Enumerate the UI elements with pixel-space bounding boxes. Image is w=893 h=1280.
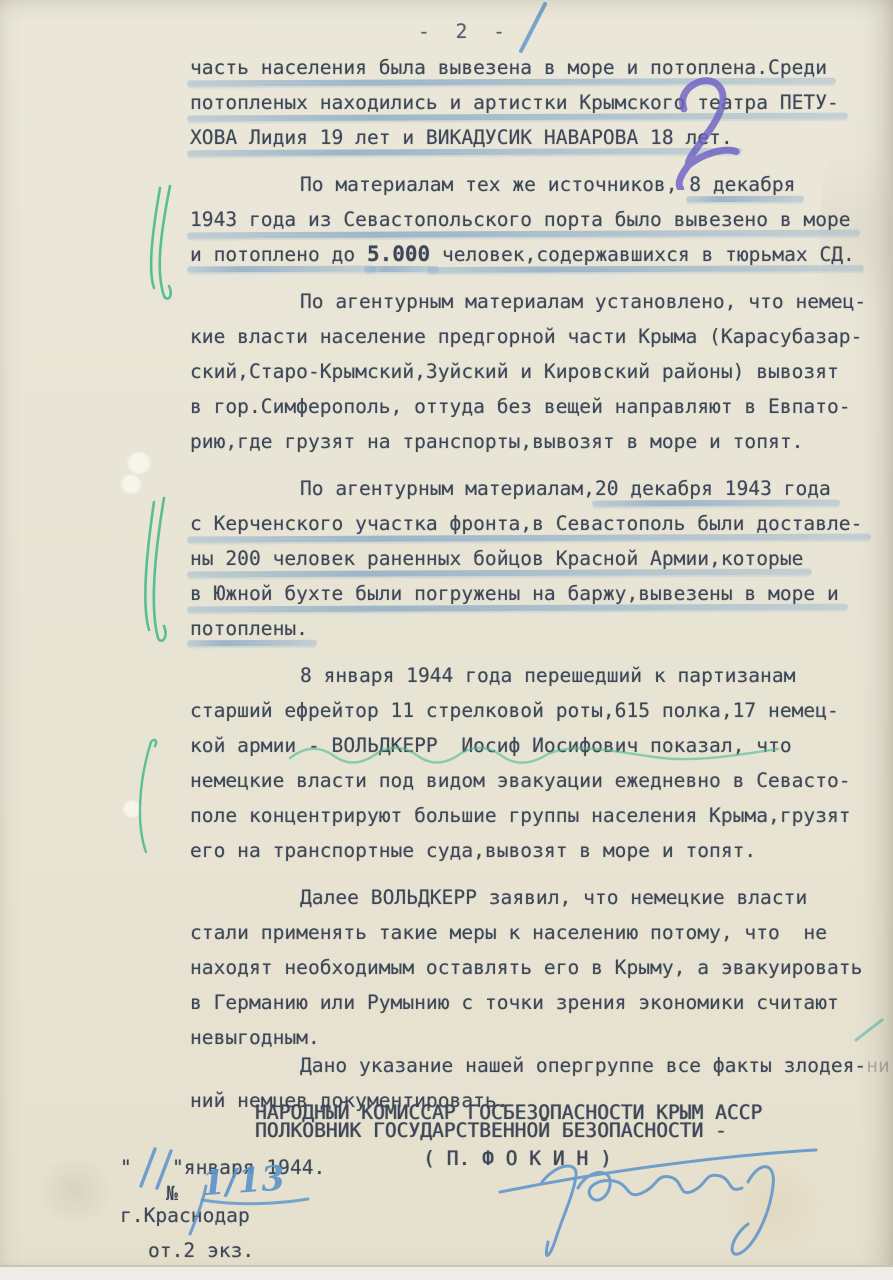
text-segment: кие власти население предгорной части Кр… bbox=[190, 325, 862, 348]
handwritten-slash-mark bbox=[502, 0, 554, 56]
paragraph: Далее ВОЛЬДКЕРР заявил, что немецкие вла… bbox=[190, 880, 890, 1055]
page-number: - 2 - bbox=[418, 14, 512, 49]
text-segment: ский,Старо-Крымский,Зуйский и Кировский … bbox=[190, 360, 839, 383]
document-line: рию,где грузят на транспорты,вывозят в м… bbox=[190, 424, 890, 459]
text-segment: немецкие власти под видом эвакуации ежед… bbox=[190, 769, 851, 792]
document-line: его на транспортные суда,вывозят в море … bbox=[190, 833, 890, 868]
document-line: ХОВА Лидия 19 лет и ВИКАДУСИК НАВАРОВА 1… bbox=[190, 120, 890, 155]
text-segment: невыгодным. bbox=[190, 1026, 320, 1049]
handwritten-day bbox=[133, 1144, 177, 1192]
document-line: ский,Старо-Крымский,Зуйский и Кировский … bbox=[190, 354, 890, 389]
paper-stain bbox=[30, 1160, 120, 1220]
document-line: старший ефрейтор 11 стрелковой роты,615 … bbox=[190, 693, 890, 728]
text-segment: По материалам тех же источников, bbox=[300, 173, 689, 196]
paragraph: По агентурным материалам,20 декабря 1943… bbox=[190, 471, 890, 646]
handwritten-signature bbox=[430, 1140, 850, 1270]
text-segment: человек,содержавшихся в тюрьмах СД. bbox=[430, 243, 855, 266]
handwritten-purple-numeral bbox=[664, 70, 764, 190]
text-segment: потоплены. bbox=[190, 617, 308, 640]
document-line: По материалам тех же источников, 8 декаб… bbox=[190, 167, 890, 202]
document-line: потоплены. bbox=[190, 611, 890, 646]
document-line: кие власти население предгорной части Кр… bbox=[190, 319, 890, 354]
text-segment: находят необходимым оставлять его в Крым… bbox=[190, 956, 862, 979]
document-line: находят необходимым оставлять его в Крым… bbox=[190, 950, 890, 985]
document-line: По агентурным материалам установлено, чт… bbox=[190, 284, 890, 319]
paragraph: По агентурным материалам установлено, чт… bbox=[190, 284, 890, 459]
teal-stray-mark bbox=[852, 1016, 888, 1046]
margin-check-mark-icon bbox=[134, 496, 178, 650]
text-segment: По агентурным материалам установлено, чт… bbox=[300, 290, 866, 313]
document-line: в Германию или Румынию с точки зрения эк… bbox=[190, 985, 890, 1020]
document-line: 8 января 1944 года перешедший к партизан… bbox=[190, 658, 890, 693]
document-line: Далее ВОЛЬДКЕРР заявил, что немецкие вла… bbox=[190, 880, 890, 915]
handwritten-document-number: 1/13 bbox=[188, 1150, 378, 1250]
green-wavy-underline bbox=[286, 740, 796, 772]
document-line: и потоплено до 5.000 человек,содержавших… bbox=[190, 237, 890, 272]
paper-damage-spot bbox=[120, 474, 142, 494]
svg-text:1/13: 1/13 bbox=[200, 1158, 286, 1204]
text-segment: рию,где грузят на транспорты,вывозят в м… bbox=[190, 430, 803, 453]
document-line: поле концентрируют большие группы населе… bbox=[190, 798, 890, 833]
document-line: с Керченского участка фронта,в Севастопо… bbox=[190, 506, 890, 541]
document-line: 1943 года из Севастопольского порта было… bbox=[190, 202, 890, 237]
text-segment: с Керченского участка фронта,в Севастопо… bbox=[190, 512, 862, 535]
scanner-edge bbox=[0, 1265, 893, 1280]
margin-line-mark-icon bbox=[130, 738, 164, 860]
text-segment: 1943 года из Севастопольского порта было… bbox=[190, 208, 851, 231]
text-segment: его на транспортные суда,вывозят в море … bbox=[190, 839, 756, 862]
text-segment: ны 200 человек раненных бойцов Красной А… bbox=[190, 547, 803, 570]
paragraph: По материалам тех же источников, 8 декаб… bbox=[190, 167, 890, 272]
paragraph: часть населения была вывезена в море и п… bbox=[190, 50, 890, 155]
text-segment: в Южной бухте были погружены на баржу,вы… bbox=[190, 582, 839, 605]
text-segment: в гор.Симферополь, оттуда без вещей напр… bbox=[190, 395, 851, 418]
document-line: стали применять такие меры к населению п… bbox=[190, 915, 890, 950]
text-segment: По агентурным материалам, bbox=[300, 477, 595, 500]
text-segment: 5.000 bbox=[367, 242, 430, 266]
text-segment: ни bbox=[866, 1054, 890, 1077]
document-line: потопленых находились и артистки Крымско… bbox=[190, 85, 890, 120]
text-segment: в Германию или Румынию с точки зрения эк… bbox=[190, 991, 839, 1014]
document-line: ны 200 человек раненных бойцов Красной А… bbox=[190, 541, 890, 576]
text-segment: 20 декабря 1943 года bbox=[595, 477, 831, 500]
signatory-title-line2: ПОЛКОВНИК ГОСУДАРСТВЕННОЙ БЕЗОПАСНОСТИ - bbox=[255, 1122, 762, 1140]
text-segment: 8 января 1944 года перешедший к партизан… bbox=[300, 664, 795, 687]
document-body: часть населения была вывезена в море и п… bbox=[190, 50, 890, 1118]
document-line: в гор.Симферополь, оттуда без вещей напр… bbox=[190, 389, 890, 424]
text-segment: стали применять такие меры к населению п… bbox=[190, 921, 827, 944]
text-segment: Дано указание нашей опергруппе все факты… bbox=[300, 1054, 866, 1077]
paper-damage-spot bbox=[126, 452, 152, 474]
text-segment: поле концентрируют большие группы населе… bbox=[190, 804, 851, 827]
text-segment: и потоплено до bbox=[190, 243, 367, 266]
document-scan-page: - 2 - часть населения была вывезена в мо… bbox=[0, 0, 893, 1280]
text-segment: Далее ВОЛЬДКЕРР заявил, что немецкие вла… bbox=[300, 886, 807, 909]
text-segment: старший ефрейтор 11 стрелковой роты,615 … bbox=[190, 699, 839, 722]
date-open-quote: " bbox=[120, 1150, 132, 1185]
document-line: По агентурным материалам,20 декабря 1943… bbox=[190, 471, 890, 506]
document-line: в Южной бухте были погружены на баржу,вы… bbox=[190, 576, 890, 611]
margin-check-mark-icon bbox=[138, 184, 182, 308]
text-segment: ХОВА Лидия 19 лет и ВИКАДУСИК НАВАРОВА 1… bbox=[190, 126, 733, 149]
